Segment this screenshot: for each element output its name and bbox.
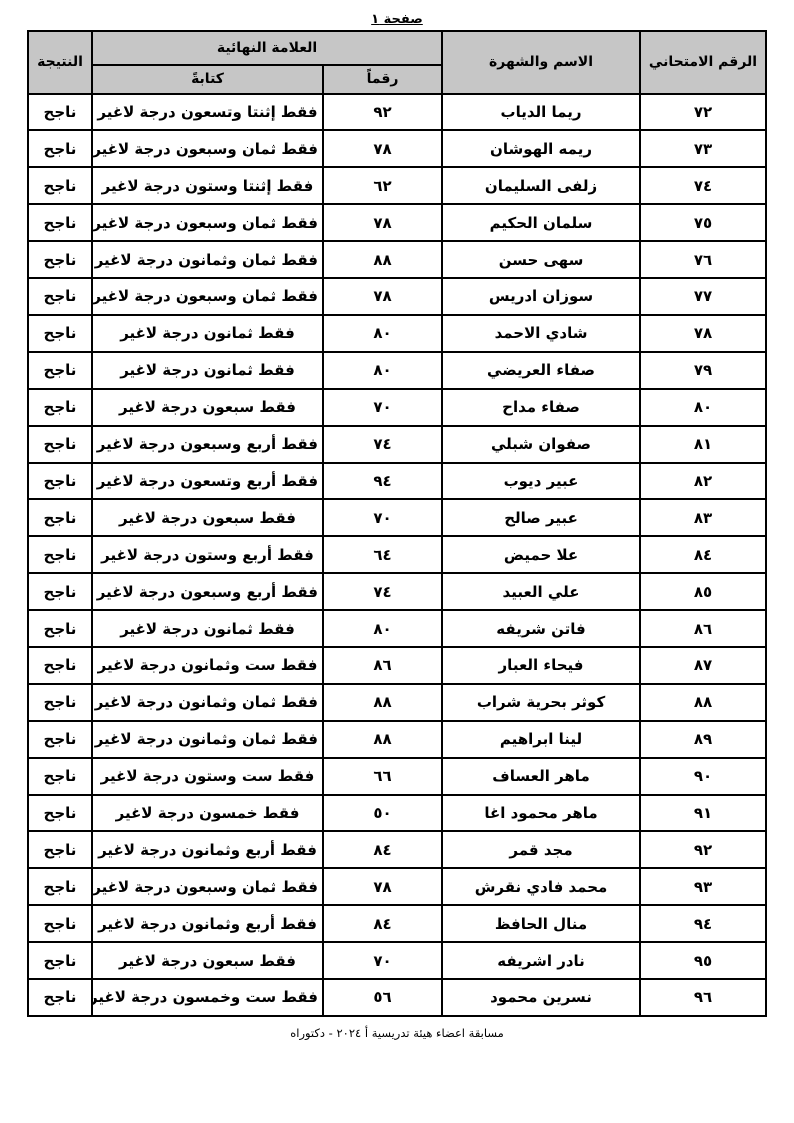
table-row: ٨٨ كوثر بحرية شراب ٨٨ فقط ثمان وثمانون د… [28, 684, 766, 721]
cell-result: ناجح [28, 426, 92, 463]
cell-mark-numeric: ٨٤ [323, 831, 442, 868]
cell-student-name: عبير ديوب [442, 463, 640, 500]
table-row: ٩٤ منال الحافظ ٨٤ فقط أربع وثمانون درجة … [28, 905, 766, 942]
cell-mark-numeric: ٧٠ [323, 499, 442, 536]
cell-mark-numeric: ٦٢ [323, 167, 442, 204]
cell-student-name: فاتن شريفه [442, 610, 640, 647]
cell-result: ناجح [28, 795, 92, 832]
cell-mark-numeric: ٧٨ [323, 130, 442, 167]
cell-mark-numeric: ٨٦ [323, 647, 442, 684]
cell-mark-written: فقط ست وستون درجة لاغير [92, 758, 323, 795]
cell-mark-written: فقط إثنتا وتسعون درجة لاغير [92, 94, 323, 131]
cell-result: ناجح [28, 94, 92, 131]
table-row: ٨٢ عبير ديوب ٩٤ فقط أربع وتسعون درجة لاغ… [28, 463, 766, 500]
table-row: ٨٣ عبير صالح ٧٠ فقط سبعون درجة لاغير ناج… [28, 499, 766, 536]
cell-student-name: ريما الدياب [442, 94, 640, 131]
cell-mark-written: فقط أربع وستون درجة لاغير [92, 536, 323, 573]
cell-mark-numeric: ٧٤ [323, 573, 442, 610]
cell-mark-written: فقط ثمان وثمانون درجة لاغير [92, 721, 323, 758]
cell-student-name: سوزان ادريس [442, 278, 640, 315]
results-table-body: ٧٢ ريما الدياب ٩٢ فقط إثنتا وتسعون درجة … [28, 94, 766, 1016]
cell-result: ناجح [28, 463, 92, 500]
cell-mark-numeric: ٧٤ [323, 426, 442, 463]
cell-mark-written: فقط أربع وتسعون درجة لاغير [92, 463, 323, 500]
header-mark-numeric: رقماً [323, 65, 442, 94]
cell-result: ناجح [28, 905, 92, 942]
cell-student-name: ريمه الهوشان [442, 130, 640, 167]
cell-mark-written: فقط سبعون درجة لاغير [92, 942, 323, 979]
cell-student-name: صفوان شبلي [442, 426, 640, 463]
cell-result: ناجح [28, 942, 92, 979]
table-row: ٧٤ زلفى السليمان ٦٢ فقط إثنتا وستون درجة… [28, 167, 766, 204]
cell-mark-numeric: ٦٦ [323, 758, 442, 795]
results-table: الرقم الامتحاني الاسم والشهرة العلامة ال… [27, 30, 767, 1017]
cell-mark-written: فقط ثمان وثمانون درجة لاغير [92, 241, 323, 278]
cell-exam-number: ٧٤ [640, 167, 766, 204]
table-row: ٩٠ ماهر العساف ٦٦ فقط ست وستون درجة لاغي… [28, 758, 766, 795]
cell-student-name: علي العبيد [442, 573, 640, 610]
cell-mark-numeric: ٩٤ [323, 463, 442, 500]
cell-exam-number: ٩١ [640, 795, 766, 832]
document-page: صفحة ١ الرقم الامتحاني الاسم والشهرة الع… [0, 0, 794, 1123]
table-row: ٨٠ صفاء مداح ٧٠ فقط سبعون درجة لاغير ناج… [28, 389, 766, 426]
cell-mark-numeric: ٨٨ [323, 241, 442, 278]
cell-result: ناجح [28, 979, 92, 1016]
cell-exam-number: ٨٢ [640, 463, 766, 500]
page-number-label: صفحة ١ [0, 0, 794, 28]
table-row: ٨٦ فاتن شريفه ٨٠ فقط ثمانون درجة لاغير ن… [28, 610, 766, 647]
cell-exam-number: ٧٥ [640, 204, 766, 241]
cell-mark-written: فقط ثمان وسبعون درجة لاغير [92, 278, 323, 315]
table-row: ٩٦ نسرين محمود ٥٦ فقط ست وخمسون درجة لاغ… [28, 979, 766, 1016]
cell-result: ناجح [28, 721, 92, 758]
cell-exam-number: ٨٠ [640, 389, 766, 426]
table-row: ٩٣ محمد فادي نقرش ٧٨ فقط ثمان وسبعون درج… [28, 868, 766, 905]
cell-student-name: منال الحافظ [442, 905, 640, 942]
cell-mark-written: فقط أربع وثمانون درجة لاغير [92, 905, 323, 942]
cell-result: ناجح [28, 647, 92, 684]
cell-exam-number: ٩٠ [640, 758, 766, 795]
cell-mark-written: فقط ثمان وسبعون درجة لاغير [92, 204, 323, 241]
cell-student-name: علا حميض [442, 536, 640, 573]
cell-student-name: مجد قمر [442, 831, 640, 868]
cell-result: ناجح [28, 831, 92, 868]
header-exam-number: الرقم الامتحاني [640, 31, 766, 94]
cell-mark-written: فقط خمسون درجة لاغير [92, 795, 323, 832]
cell-mark-written: فقط ست وثمانون درجة لاغير [92, 647, 323, 684]
table-row: ٩٥ نادر اشريفه ٧٠ فقط سبعون درجة لاغير ن… [28, 942, 766, 979]
cell-mark-numeric: ٨٠ [323, 352, 442, 389]
cell-student-name: عبير صالح [442, 499, 640, 536]
cell-exam-number: ٩٤ [640, 905, 766, 942]
cell-student-name: صفاء مداح [442, 389, 640, 426]
cell-result: ناجح [28, 315, 92, 352]
cell-exam-number: ٨٣ [640, 499, 766, 536]
header-mark-written: كتابةً [92, 65, 323, 94]
header-student-name: الاسم والشهرة [442, 31, 640, 94]
cell-result: ناجح [28, 167, 92, 204]
cell-mark-written: فقط ثمان وسبعون درجة لاغير [92, 868, 323, 905]
cell-mark-numeric: ٧٨ [323, 868, 442, 905]
table-row: ٧٦ سهى حسن ٨٨ فقط ثمان وثمانون درجة لاغي… [28, 241, 766, 278]
table-row: ٧٧ سوزان ادريس ٧٨ فقط ثمان وسبعون درجة ل… [28, 278, 766, 315]
cell-student-name: سهى حسن [442, 241, 640, 278]
cell-result: ناجح [28, 536, 92, 573]
cell-exam-number: ٧٣ [640, 130, 766, 167]
cell-mark-written: فقط أربع وثمانون درجة لاغير [92, 831, 323, 868]
cell-exam-number: ٩٣ [640, 868, 766, 905]
cell-student-name: زلفى السليمان [442, 167, 640, 204]
cell-mark-written: فقط ثمانون درجة لاغير [92, 352, 323, 389]
cell-mark-numeric: ٥٠ [323, 795, 442, 832]
table-row: ٩١ ماهر محمود اغا ٥٠ فقط خمسون درجة لاغي… [28, 795, 766, 832]
cell-result: ناجح [28, 130, 92, 167]
table-row: ٧٢ ريما الدياب ٩٢ فقط إثنتا وتسعون درجة … [28, 94, 766, 131]
cell-mark-numeric: ٩٢ [323, 94, 442, 131]
table-row: ٨١ صفوان شبلي ٧٤ فقط أربع وسبعون درجة لا… [28, 426, 766, 463]
cell-result: ناجح [28, 278, 92, 315]
results-table-header: الرقم الامتحاني الاسم والشهرة العلامة ال… [28, 31, 766, 94]
cell-result: ناجح [28, 684, 92, 721]
header-result: النتيجة [28, 31, 92, 94]
table-row: ٧٣ ريمه الهوشان ٧٨ فقط ثمان وسبعون درجة … [28, 130, 766, 167]
cell-result: ناجح [28, 610, 92, 647]
cell-exam-number: ٧٦ [640, 241, 766, 278]
cell-student-name: سلمان الحكيم [442, 204, 640, 241]
cell-mark-numeric: ٧٠ [323, 389, 442, 426]
cell-exam-number: ٧٧ [640, 278, 766, 315]
cell-result: ناجح [28, 241, 92, 278]
cell-mark-written: فقط ثمانون درجة لاغير [92, 610, 323, 647]
cell-student-name: ماهر العساف [442, 758, 640, 795]
cell-mark-numeric: ٧٨ [323, 204, 442, 241]
cell-exam-number: ٧٩ [640, 352, 766, 389]
cell-mark-written: فقط إثنتا وستون درجة لاغير [92, 167, 323, 204]
table-row: ٨٤ علا حميض ٦٤ فقط أربع وستون درجة لاغير… [28, 536, 766, 573]
cell-mark-numeric: ٨٨ [323, 721, 442, 758]
cell-exam-number: ٧٨ [640, 315, 766, 352]
header-final-mark: العلامة النهائية [92, 31, 442, 65]
cell-mark-numeric: ٨٠ [323, 610, 442, 647]
cell-mark-written: فقط ثمان وسبعون درجة لاغير [92, 130, 323, 167]
cell-mark-numeric: ٨٨ [323, 684, 442, 721]
table-row: ٧٥ سلمان الحكيم ٧٨ فقط ثمان وسبعون درجة … [28, 204, 766, 241]
cell-student-name: محمد فادي نقرش [442, 868, 640, 905]
cell-student-name: ماهر محمود اغا [442, 795, 640, 832]
cell-student-name: نادر اشريفه [442, 942, 640, 979]
cell-student-name: شادي الاحمد [442, 315, 640, 352]
table-row: ٨٥ علي العبيد ٧٤ فقط أربع وسبعون درجة لا… [28, 573, 766, 610]
cell-result: ناجح [28, 573, 92, 610]
cell-result: ناجح [28, 204, 92, 241]
cell-result: ناجح [28, 389, 92, 426]
cell-exam-number: ٩٦ [640, 979, 766, 1016]
cell-exam-number: ٨٥ [640, 573, 766, 610]
cell-exam-number: ٩٢ [640, 831, 766, 868]
cell-mark-written: فقط أربع وسبعون درجة لاغير [92, 573, 323, 610]
cell-student-name: نسرين محمود [442, 979, 640, 1016]
table-row: ٨٧ فيحاء العبار ٨٦ فقط ست وثمانون درجة ل… [28, 647, 766, 684]
cell-exam-number: ٧٢ [640, 94, 766, 131]
cell-exam-number: ٨٩ [640, 721, 766, 758]
cell-result: ناجح [28, 352, 92, 389]
cell-student-name: كوثر بحرية شراب [442, 684, 640, 721]
cell-mark-numeric: ٥٦ [323, 979, 442, 1016]
table-row: ٩٢ مجد قمر ٨٤ فقط أربع وثمانون درجة لاغي… [28, 831, 766, 868]
cell-mark-numeric: ٨٤ [323, 905, 442, 942]
cell-mark-numeric: ٦٤ [323, 536, 442, 573]
cell-mark-written: فقط سبعون درجة لاغير [92, 389, 323, 426]
cell-student-name: صفاء العريضي [442, 352, 640, 389]
cell-mark-numeric: ٧٠ [323, 942, 442, 979]
footer-text: مسابقة اعضاء هيئة تدريسية أ ٢٠٢٤ - دكتور… [0, 1026, 794, 1040]
cell-student-name: فيحاء العبار [442, 647, 640, 684]
cell-mark-numeric: ٧٨ [323, 278, 442, 315]
cell-mark-numeric: ٨٠ [323, 315, 442, 352]
cell-exam-number: ٨٤ [640, 536, 766, 573]
cell-result: ناجح [28, 758, 92, 795]
cell-mark-written: فقط سبعون درجة لاغير [92, 499, 323, 536]
cell-student-name: لينا ابراهيم [442, 721, 640, 758]
table-row: ٨٩ لينا ابراهيم ٨٨ فقط ثمان وثمانون درجة… [28, 721, 766, 758]
table-row: ٧٩ صفاء العريضي ٨٠ فقط ثمانون درجة لاغير… [28, 352, 766, 389]
cell-mark-written: فقط ثمانون درجة لاغير [92, 315, 323, 352]
cell-result: ناجح [28, 868, 92, 905]
cell-exam-number: ٨١ [640, 426, 766, 463]
cell-result: ناجح [28, 499, 92, 536]
cell-exam-number: ٩٥ [640, 942, 766, 979]
cell-exam-number: ٨٧ [640, 647, 766, 684]
cell-mark-written: فقط ثمان وثمانون درجة لاغير [92, 684, 323, 721]
table-row: ٧٨ شادي الاحمد ٨٠ فقط ثمانون درجة لاغير … [28, 315, 766, 352]
cell-exam-number: ٨٨ [640, 684, 766, 721]
cell-mark-written: فقط ست وخمسون درجة لاغير [92, 979, 323, 1016]
cell-exam-number: ٨٦ [640, 610, 766, 647]
cell-mark-written: فقط أربع وسبعون درجة لاغير [92, 426, 323, 463]
